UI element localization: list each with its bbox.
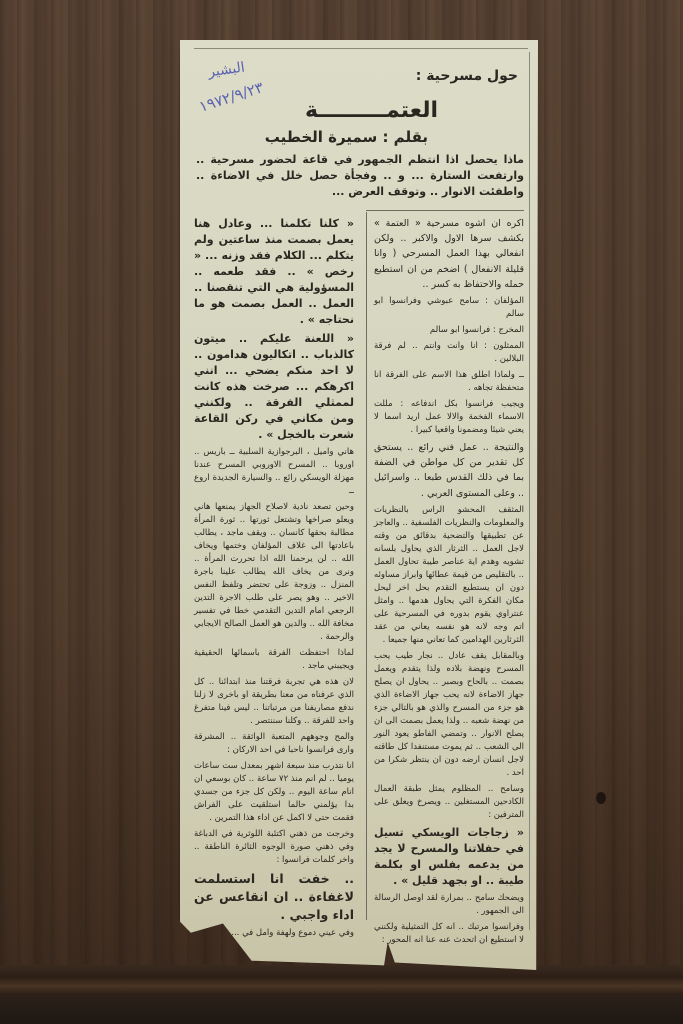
dark-floor <box>0 995 683 1024</box>
article-kicker: حول مسرحية : <box>416 68 518 84</box>
pull-quote: « زجاجات الويسكي تسيل في حفلاتنا والمسرح… <box>374 825 524 889</box>
closing-quote: .. خفت انا استسلمت لاغفاءة .. ان انقاعس … <box>194 870 354 924</box>
pull-quote: « اللعنة عليكم .. ميتون كالذباب .. اتكال… <box>194 331 354 443</box>
paragraph: ويجيب فرانسوا بكل اندفاعه : مللت الاسماء… <box>374 398 524 437</box>
credits-cast: الممثلون : انا وانت وانتم .. لم فرقة الب… <box>374 340 524 366</box>
pull-quote: « كلنا تكلمنا ... وعادل هنا يعمل بصمت من… <box>194 216 354 328</box>
paragraph: والنتيجة .. عمل فني رائع .. يستحق كل تقد… <box>374 440 524 501</box>
paragraph: والمح وجوههم المتعبة الواثقة .. المشرقة … <box>194 731 354 757</box>
right-rule <box>529 52 530 930</box>
right-column: اكره ان اشوه مسرحية « العتمة » بكشف سرها… <box>374 216 524 950</box>
paragraph: وخرجت من ذهني اكتئبة اللوثرية في الدباغة… <box>194 828 354 867</box>
paragraph: ــ ولماذا اطلق هذا الاسم على الفرقة انا … <box>374 369 524 395</box>
credits-authors: المؤلفان : سامح عبوشي وفرانسوا ابو سالم <box>374 295 524 321</box>
handwritten-source: البشير <box>207 60 246 81</box>
article-byline: بقلم : سميرة الخطيب <box>265 128 428 146</box>
column-divider <box>366 212 367 920</box>
paragraph: ويضحك سامح .. بمرارة لقد اوصل الرسالة ال… <box>374 892 524 918</box>
wooden-shelf-edge <box>0 965 683 995</box>
left-column: « كلنا تكلمنا ... وعادل هنا يعمل بصمت من… <box>194 216 354 943</box>
paragraph: انا نتدرب منذ سبعة اشهر بمعدل ست ساعات ي… <box>194 760 354 825</box>
credits-director: المخرج : فرانسوا ابو سالم <box>374 324 524 337</box>
top-rule <box>194 48 528 49</box>
column-top-rule <box>366 210 524 211</box>
handwritten-date: ١٩٧٢/٩/٢٣ <box>197 78 266 116</box>
paragraph: المثقف المحشو الراس بالنظريات والمعلومات… <box>374 504 524 647</box>
article-lead: ماذا يحصل اذا انتظم الجمهور في قاعة لحضو… <box>196 152 524 200</box>
paragraph: وسامح .. المظلوم يمثل طبقة العمال الكادح… <box>374 783 524 822</box>
paragraph: هاني واميل ، البرجوازية السلبية ــ باريس… <box>194 446 354 498</box>
paragraph: اكره ان اشوه مسرحية « العتمة » بكشف سرها… <box>374 216 524 292</box>
paragraph: وفي عيني دموع ولهفة وامل في ... جميعا . <box>194 927 354 940</box>
paragraph: لان هذه هي تجربة فرقتنا منذ ابتدائنا .. … <box>194 676 354 728</box>
article-headline: العتمـــــــــة <box>305 98 438 123</box>
paragraph: لماذا احتفظت الفرقة باسمائها الحقيقية وي… <box>194 647 354 673</box>
newspaper-clipping: البشير ١٩٧٢/٩/٢٣ حول مسرحية : العتمـــــ… <box>180 40 538 970</box>
wood-knot <box>596 792 606 804</box>
paragraph: وحين تصعد نادية لاصلاح الجهاز يمنعها هان… <box>194 501 354 644</box>
paragraph: وفرانسوا مرتبك .. انه كل التمثيلية ولكنن… <box>374 921 524 947</box>
paragraph: وبالمقابل يقف عادل .. نجار طيب يحب المسر… <box>374 650 524 780</box>
